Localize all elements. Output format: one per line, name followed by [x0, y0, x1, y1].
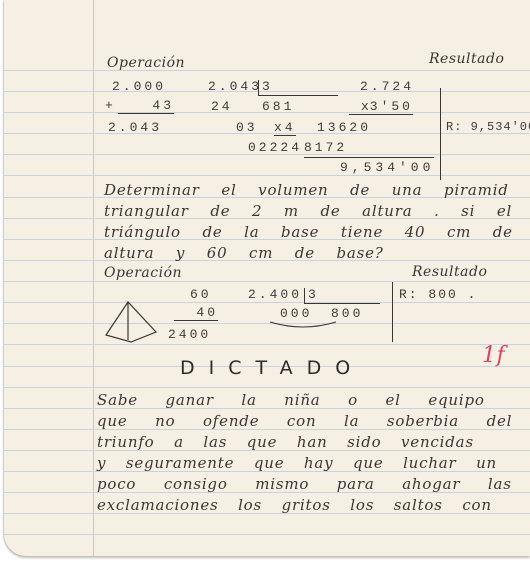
dictation-line: triunfo a las que han sido vencidas	[97, 433, 474, 451]
operation-label-2: Operación	[104, 265, 182, 281]
result-divider	[440, 88, 441, 180]
factor-a: 60	[190, 287, 212, 302]
dividend: 2.043	[208, 79, 262, 94]
times-four: x4	[274, 120, 296, 136]
division-step: 24	[211, 99, 233, 114]
multiplier: 3'50	[349, 99, 413, 115]
quotient-2: 800	[331, 306, 363, 321]
dictation-title: DICTADO	[180, 357, 364, 379]
result-label-2: Resultado	[412, 264, 487, 280]
result-value-2: R: 800 .	[399, 287, 477, 302]
margin-line	[93, 0, 94, 556]
factor-b: 40	[174, 305, 218, 321]
divisor-2: 3	[308, 287, 319, 302]
notebook-page: Operación Resultado 2.000 + 43 2.043 2.0…	[4, 0, 530, 556]
ruled-line	[4, 323, 530, 324]
remainder: 03	[236, 120, 258, 135]
times-sign: x	[361, 99, 372, 114]
sum-line	[304, 157, 434, 158]
ruled-line	[4, 387, 530, 388]
problem-line: altura y 60 cm de base?	[104, 244, 384, 262]
divisor: 3	[262, 79, 273, 94]
multiplicand: 2.724	[360, 79, 414, 94]
partial-product-1: 13620	[317, 120, 371, 135]
brace-mark-icon	[268, 320, 338, 330]
ruled-line	[4, 302, 530, 303]
ruled-line	[4, 344, 530, 345]
division-line	[258, 95, 338, 96]
partial-product-2: 8172	[304, 140, 347, 155]
addend-a: 2.000	[112, 79, 166, 94]
problem-line: Determinar el volumen de una piramid	[104, 181, 509, 199]
division-bracket-2	[304, 288, 305, 304]
dictation-line: exclamaciones los gritos los saltos con	[97, 496, 492, 514]
result-value: R: 9,534'00	[446, 120, 530, 134]
result-divider-2	[392, 282, 393, 342]
dictation-line: y seguramente que hay que luchar un	[97, 454, 497, 472]
dictation-line: que no ofende con la soberbia del	[97, 412, 512, 430]
dividend-2: 2.400	[248, 287, 302, 302]
ruled-line	[4, 281, 530, 282]
result-label: Resultado	[429, 51, 504, 67]
operation-label: Operación	[107, 55, 185, 71]
ruled-line	[4, 534, 530, 535]
pyramid-drawing-icon	[104, 298, 160, 344]
ruled-line	[4, 70, 530, 71]
division-bracket	[258, 80, 259, 96]
division-line-2	[304, 303, 380, 304]
quotient: 681	[262, 99, 294, 114]
remainder-2: 000	[280, 306, 312, 321]
problem-line: triángulo de la base tiene 40 cm de	[104, 223, 513, 241]
carry: 02224	[248, 140, 302, 155]
sum: 2.043	[108, 120, 162, 135]
problem-line: triangular de 2 m de altura . si el	[104, 202, 512, 220]
addend-b: 43	[118, 98, 174, 114]
ruled-line	[4, 175, 530, 176]
dictation-line: poco consigo mismo para ahogar las	[97, 475, 512, 493]
grade-mark: 1f	[482, 343, 505, 368]
area-product: 2400	[168, 327, 211, 342]
plus-sign: +	[105, 98, 116, 113]
product: 9,534'00	[340, 160, 434, 175]
dictation-line: Sabe ganar la niña o el equipo	[97, 391, 485, 409]
